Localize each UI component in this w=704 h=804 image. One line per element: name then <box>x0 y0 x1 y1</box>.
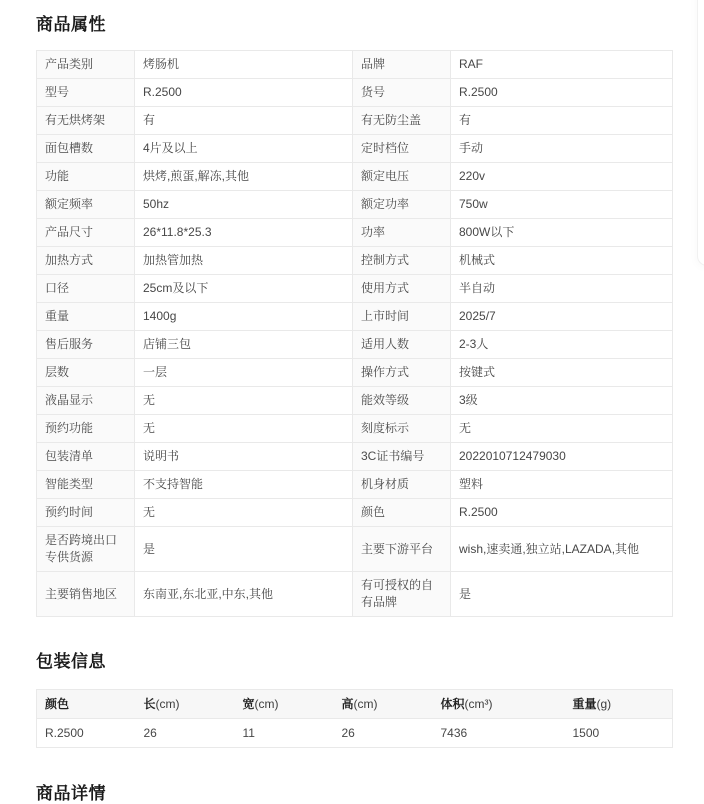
column-header: 体积(cm³) <box>433 690 565 719</box>
column-header-label: 宽 <box>243 697 255 711</box>
column-header-unit: (cm) <box>156 697 180 711</box>
attr-value: R.2500 <box>135 79 353 107</box>
table-row: 售后服务 店铺三包 适用人数 2-3人 <box>37 331 673 359</box>
attr-label: 适用人数 <box>353 331 451 359</box>
attr-value: 按键式 <box>451 359 673 387</box>
table-row: 型号 R.2500 货号 R.2500 <box>37 79 673 107</box>
attr-label: 重量 <box>37 303 135 331</box>
attr-value: 机械式 <box>451 247 673 275</box>
column-header-label: 重量 <box>573 697 597 711</box>
packaging-table: 颜色 长(cm) 宽(cm) 高(cm) 体积(cm³) 重量(g) R.250… <box>36 689 673 748</box>
attr-value: 无 <box>135 499 353 527</box>
column-header-unit: (cm) <box>255 697 279 711</box>
attr-value: 50hz <box>135 191 353 219</box>
attr-label: 操作方式 <box>353 359 451 387</box>
attr-value: 1400g <box>135 303 353 331</box>
column-header: 颜色 <box>37 690 136 719</box>
attr-value: 无 <box>135 415 353 443</box>
attr-value: 4片及以上 <box>135 135 353 163</box>
attr-label: 售后服务 <box>37 331 135 359</box>
column-header: 重量(g) <box>565 690 673 719</box>
details-section-title: 商品详情 <box>36 779 672 804</box>
attr-label: 主要销售地区 <box>37 572 135 617</box>
attr-value: 不支持智能 <box>135 471 353 499</box>
packaging-cell: R.2500 <box>37 719 136 748</box>
table-row: 额定频率 50hz 额定功率 750w <box>37 191 673 219</box>
table-row: 重量 1400g 上市时间 2025/7 <box>37 303 673 331</box>
table-row: 功能 烘烤,煎蛋,解冻,其他 额定电压 220v <box>37 163 673 191</box>
column-header-label: 长 <box>144 697 156 711</box>
product-info-panel: 商品属性 产品类别 烤肠机 品牌 RAF 型号 R.2500 货号 R.2500… <box>36 0 672 804</box>
attr-value: 说明书 <box>135 443 353 471</box>
attr-value: 东南亚,东北亚,中东,其他 <box>135 572 353 617</box>
attr-label: 预约功能 <box>37 415 135 443</box>
packaging-cell: 7436 <box>433 719 565 748</box>
attr-label: 能效等级 <box>353 387 451 415</box>
attr-label: 产品尺寸 <box>37 219 135 247</box>
column-header-label: 颜色 <box>45 697 69 711</box>
attr-label: 主要下游平台 <box>353 527 451 572</box>
attr-label: 面包槽数 <box>37 135 135 163</box>
column-header: 宽(cm) <box>235 690 334 719</box>
attr-value: 无 <box>135 387 353 415</box>
attr-label: 加热方式 <box>37 247 135 275</box>
attr-value: 无 <box>451 415 673 443</box>
attr-label: 液晶显示 <box>37 387 135 415</box>
table-row: 主要销售地区 东南亚,东北亚,中东,其他 有可授权的自有品牌 是 <box>37 572 673 617</box>
attr-label: 额定电压 <box>353 163 451 191</box>
attr-label: 智能类型 <box>37 471 135 499</box>
attr-value: wish,速卖通,独立站,LAZADA,其他 <box>451 527 673 572</box>
attr-label: 3C证书编号 <box>353 443 451 471</box>
attr-label: 有可授权的自有品牌 <box>353 572 451 617</box>
attr-label: 控制方式 <box>353 247 451 275</box>
column-header: 高(cm) <box>334 690 433 719</box>
attr-value: RAF <box>451 51 673 79</box>
floating-panel-edge <box>697 0 704 266</box>
attributes-table: 产品类别 烤肠机 品牌 RAF 型号 R.2500 货号 R.2500 有无烘烤… <box>36 50 673 617</box>
table-row: 面包槽数 4片及以上 定时档位 手动 <box>37 135 673 163</box>
attr-label: 定时档位 <box>353 135 451 163</box>
column-header-unit: (cm³) <box>465 697 493 711</box>
table-row: 预约功能 无 刻度标示 无 <box>37 415 673 443</box>
attr-value: 有 <box>451 107 673 135</box>
attr-value: 800W以下 <box>451 219 673 247</box>
attr-label: 额定功率 <box>353 191 451 219</box>
packaging-cell: 1500 <box>565 719 673 748</box>
attr-value: 750w <box>451 191 673 219</box>
attr-value: R.2500 <box>451 499 673 527</box>
attr-value: 220v <box>451 163 673 191</box>
packaging-cell: 11 <box>235 719 334 748</box>
table-row: 有无烘烤架 有 有无防尘盖 有 <box>37 107 673 135</box>
column-header-unit: (cm) <box>354 697 378 711</box>
attr-value: 加热管加热 <box>135 247 353 275</box>
attr-label: 有无防尘盖 <box>353 107 451 135</box>
table-row: 包装清单 说明书 3C证书编号 2022010712479030 <box>37 443 673 471</box>
attr-label: 预约时间 <box>37 499 135 527</box>
attr-label: 是否跨境出口专供货源 <box>37 527 135 572</box>
table-row: 层数 一层 操作方式 按键式 <box>37 359 673 387</box>
attr-value: 2-3人 <box>451 331 673 359</box>
attr-value: 26*11.8*25.3 <box>135 219 353 247</box>
attr-label: 额定频率 <box>37 191 135 219</box>
packaging-section-title: 包装信息 <box>36 647 672 672</box>
column-header: 长(cm) <box>136 690 235 719</box>
table-row: 产品类别 烤肠机 品牌 RAF <box>37 51 673 79</box>
attr-label: 机身材质 <box>353 471 451 499</box>
attr-value: 烘烤,煎蛋,解冻,其他 <box>135 163 353 191</box>
attr-value: 是 <box>135 527 353 572</box>
attr-label: 功率 <box>353 219 451 247</box>
attr-value: 塑料 <box>451 471 673 499</box>
table-row: 加热方式 加热管加热 控制方式 机械式 <box>37 247 673 275</box>
attr-label: 上市时间 <box>353 303 451 331</box>
column-header-label: 高 <box>342 697 354 711</box>
table-row: 口径 25cm及以下 使用方式 半自动 <box>37 275 673 303</box>
table-row: 产品尺寸 26*11.8*25.3 功率 800W以下 <box>37 219 673 247</box>
attr-label: 口径 <box>37 275 135 303</box>
table-row: 液晶显示 无 能效等级 3级 <box>37 387 673 415</box>
attr-label: 使用方式 <box>353 275 451 303</box>
attr-value: 半自动 <box>451 275 673 303</box>
attr-value: 烤肠机 <box>135 51 353 79</box>
attr-value: 一层 <box>135 359 353 387</box>
attr-value: 是 <box>451 572 673 617</box>
packaging-cell: 26 <box>334 719 433 748</box>
attr-label: 货号 <box>353 79 451 107</box>
attr-value: R.2500 <box>451 79 673 107</box>
attr-label: 功能 <box>37 163 135 191</box>
attr-label: 产品类别 <box>37 51 135 79</box>
attr-label: 型号 <box>37 79 135 107</box>
attr-value: 25cm及以下 <box>135 275 353 303</box>
table-row: 预约时间 无 颜色 R.2500 <box>37 499 673 527</box>
attr-label: 包装清单 <box>37 443 135 471</box>
attr-value: 有 <box>135 107 353 135</box>
attr-value: 2022010712479030 <box>451 443 673 471</box>
table-header-row: 颜色 长(cm) 宽(cm) 高(cm) 体积(cm³) 重量(g) <box>37 690 673 719</box>
attr-label: 有无烘烤架 <box>37 107 135 135</box>
attributes-section-title: 商品属性 <box>36 10 672 35</box>
table-row: R.2500 26 11 26 7436 1500 <box>37 719 673 748</box>
attr-label: 层数 <box>37 359 135 387</box>
attr-label: 颜色 <box>353 499 451 527</box>
column-header-unit: (g) <box>597 697 612 711</box>
attr-label: 刻度标示 <box>353 415 451 443</box>
attr-value: 2025/7 <box>451 303 673 331</box>
attr-value: 手动 <box>451 135 673 163</box>
attr-value: 3级 <box>451 387 673 415</box>
packaging-cell: 26 <box>136 719 235 748</box>
table-row: 智能类型 不支持智能 机身材质 塑料 <box>37 471 673 499</box>
column-header-label: 体积 <box>441 697 465 711</box>
attr-label: 品牌 <box>353 51 451 79</box>
attr-value: 店铺三包 <box>135 331 353 359</box>
table-row: 是否跨境出口专供货源 是 主要下游平台 wish,速卖通,独立站,LAZADA,… <box>37 527 673 572</box>
